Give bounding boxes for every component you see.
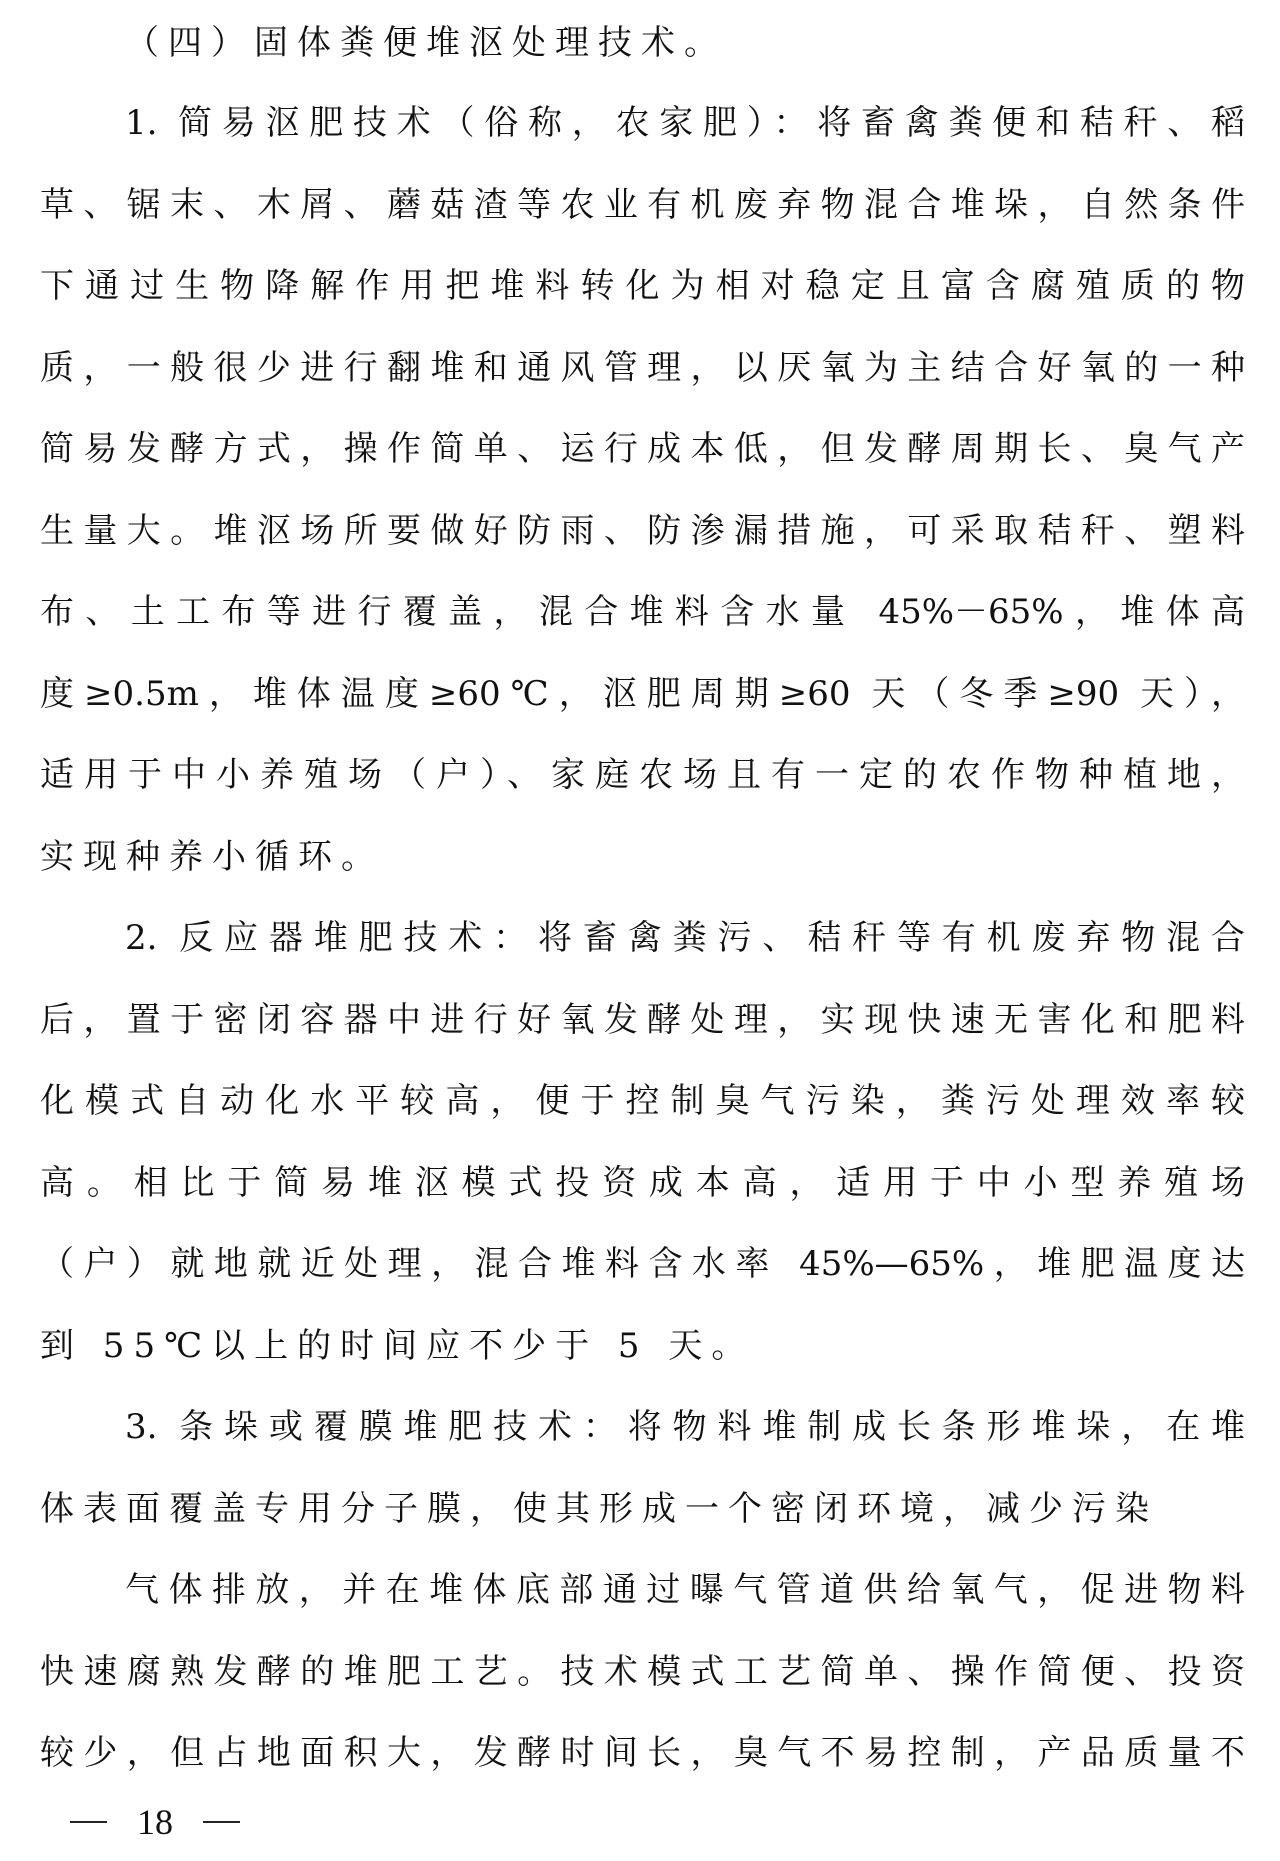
page-number-dash-left: [70, 1821, 107, 1823]
paragraph-4-line-3: 较少，但占地面积大，发酵时间长，臭气不易控制，产品质量不: [40, 1728, 1245, 1778]
section-heading: （四）固体粪便堆沤处理技术。: [125, 18, 727, 68]
paragraph-1-line-1: 1. 简易沤肥技术（俗称，农家肥）：将畜禽粪便和秸秆、稻: [125, 98, 1245, 148]
paragraph-1-line-3: 下通过生物降解作用把堆料转化为相对稳定且富含腐殖质的物: [40, 261, 1245, 311]
paragraph-2-line-3: 化模式自动化水平较高，便于控制臭气污染，粪污处理效率较: [40, 1076, 1245, 1126]
paragraph-2-line-5: （户）就地就近处理，混合堆料含水率 45%—65%，堆肥温度达: [40, 1239, 1245, 1289]
paragraph-2-line-6: 到 55℃以上的时间应不少于 5 天。: [40, 1321, 754, 1371]
paragraph-2-line-4: 高。相比于简易堆沤模式投资成本高，适用于中小型养殖场: [40, 1158, 1245, 1208]
paragraph-1-line-2: 草、锯末、木屑、蘑菇渣等农业有机废弃物混合堆垛，自然条件: [40, 180, 1245, 230]
page-number-dash-right: [203, 1821, 240, 1823]
page-number: 18: [137, 1800, 173, 1844]
paragraph-3-line-1: 3. 条垛或覆膜堆肥技术：将物料堆制成长条形堆垛，在堆: [125, 1402, 1245, 1452]
page-number-footer: 18: [70, 1800, 240, 1844]
paragraph-1-line-8: 度≥0.5m，堆体温度≥60℃，沤肥周期≥60 天（冬季≥90 天），: [40, 669, 1245, 719]
paragraph-2-line-2: 后，置于密闭容器中进行好氧发酵处理，实现快速无害化和肥料: [40, 995, 1245, 1045]
paragraph-1-line-6: 生量大。堆沤场所要做好防雨、防渗漏措施，可采取秸秆、塑料: [40, 506, 1245, 556]
paragraph-2-line-1: 2. 反应器堆肥技术：将畜禽粪污、秸秆等有机废弃物混合: [125, 913, 1245, 963]
paragraph-3-line-2: 体表面覆盖专用分子膜，使其形成一个密闭环境，减少污染: [40, 1484, 1158, 1534]
paragraph-1-line-7: 布、土工布等进行覆盖，混合堆料含水量 45%－65%，堆体高: [40, 587, 1245, 637]
paragraph-1-line-10: 实现种养小循环。: [40, 832, 384, 882]
document-page: （四）固体粪便堆沤处理技术。 1. 简易沤肥技术（俗称，农家肥）：将畜禽粪便和秸…: [0, 0, 1280, 1861]
paragraph-4-line-2: 快速腐熟发酵的堆肥工艺。技术模式工艺简单、操作简便、投资: [40, 1647, 1245, 1697]
paragraph-1-line-5: 简易发酵方式，操作简单、运行成本低，但发酵周期长、臭气产: [40, 424, 1245, 474]
paragraph-1-line-4: 质，一般很少进行翻堆和通风管理，以厌氧为主结合好氧的一种: [40, 343, 1245, 393]
paragraph-4-line-1: 气体排放，并在堆体底部通过曝气管道供给氧气，促进物料: [125, 1565, 1245, 1615]
paragraph-1-line-9: 适用于中小养殖场（户）、家庭农场且有一定的农作物种植地，: [40, 750, 1245, 800]
